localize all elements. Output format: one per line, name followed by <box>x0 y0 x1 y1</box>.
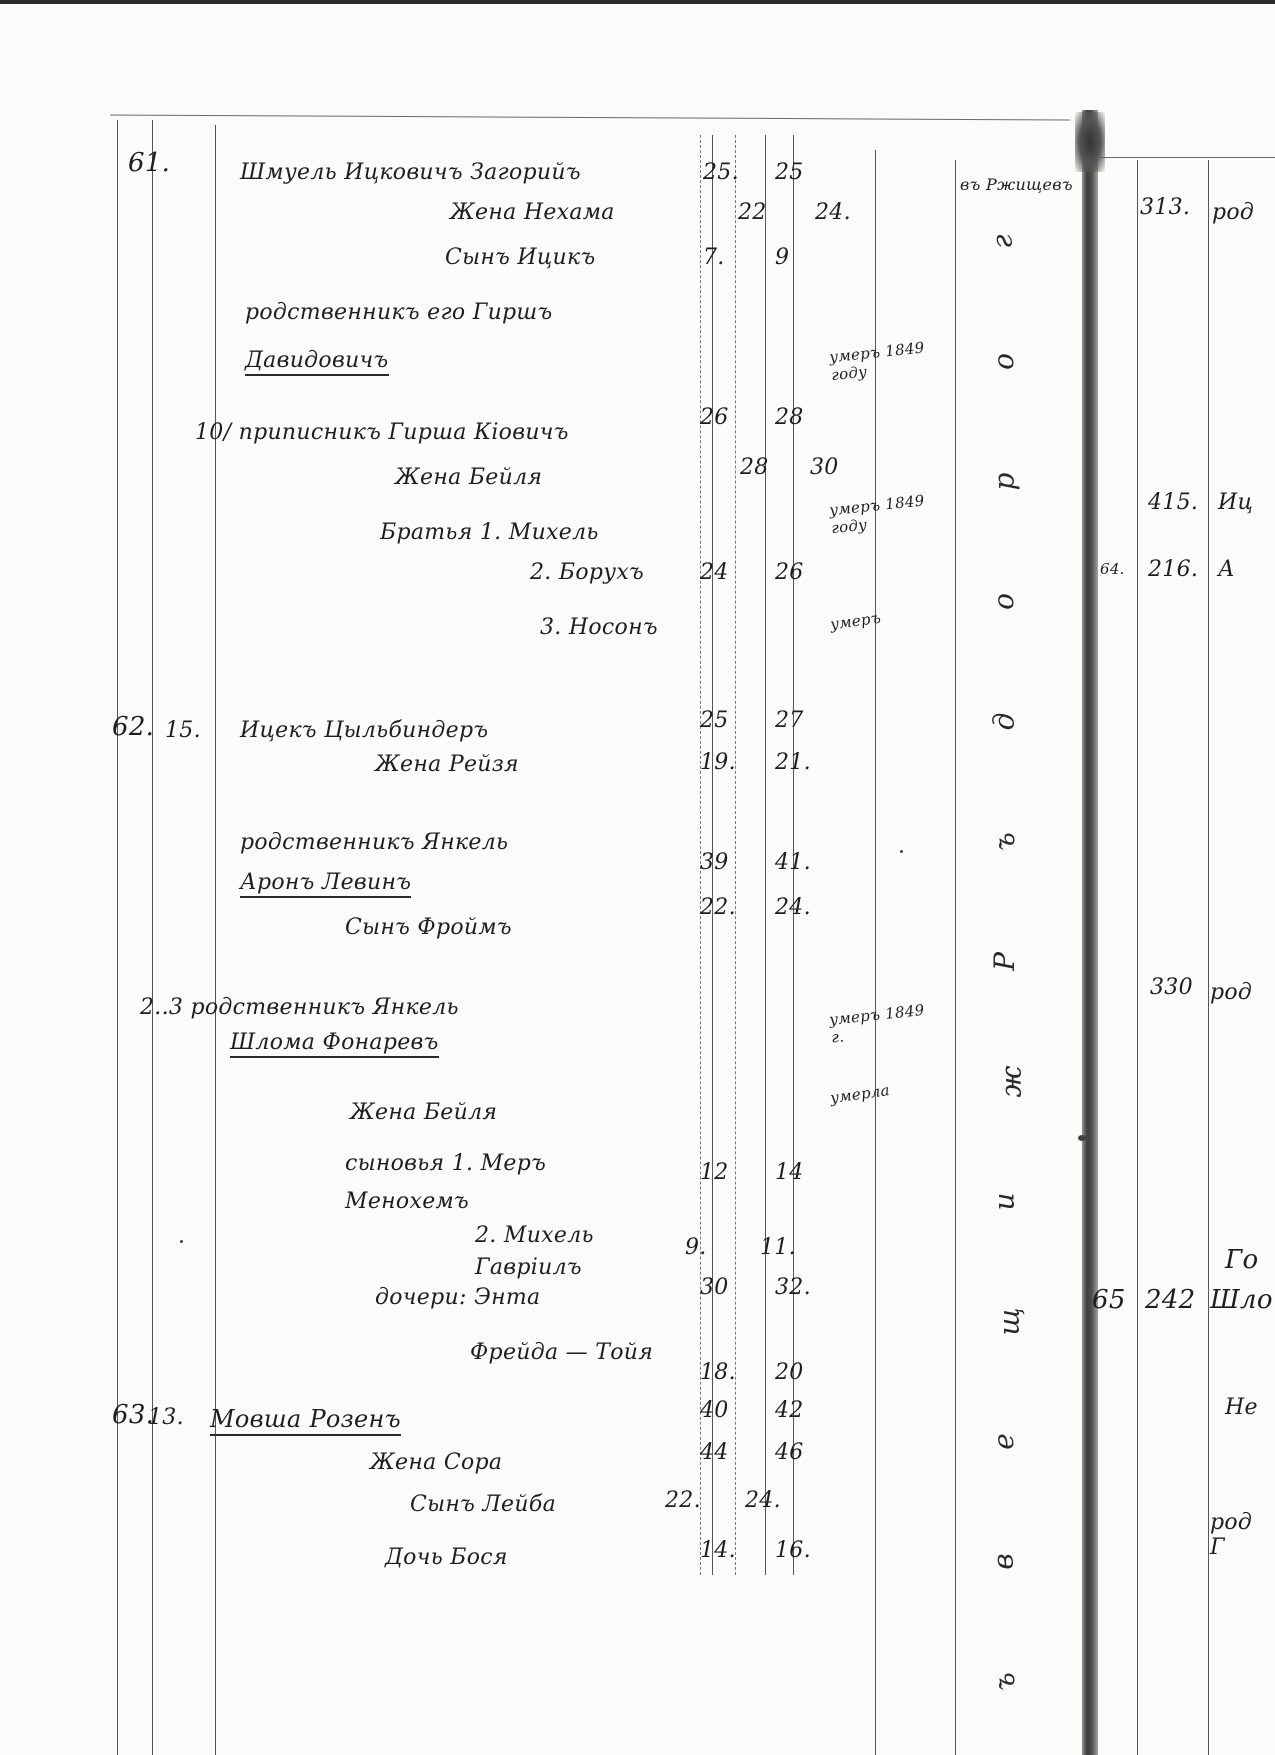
margin-letter: р <box>987 473 1020 491</box>
column-rule <box>875 150 876 1755</box>
margin-letter: и <box>988 1192 1021 1210</box>
age-1847: 46 <box>775 1440 804 1465</box>
age-1847: 41. <box>775 850 811 875</box>
death-note: умеръ 1849 г. <box>828 999 941 1046</box>
right-page-text: А <box>1218 557 1235 582</box>
column-rule <box>735 135 737 1575</box>
right-page-number: 313. <box>1140 195 1190 220</box>
entry-line: родственникъ Янкель <box>240 830 508 855</box>
age-1847: 42 <box>775 1398 804 1423</box>
column-rule <box>152 120 153 1755</box>
margin-letter: в <box>987 1553 1020 1569</box>
entry-line: 3. Носонъ <box>540 615 658 640</box>
entry-line: 2..3 родственникъ Янкель <box>140 995 459 1020</box>
age-1845: 28 <box>740 455 769 480</box>
margin-letter: д <box>987 713 1020 731</box>
age-1845: 26 <box>700 405 729 430</box>
margin-letter: о <box>987 353 1020 370</box>
column-rule <box>1137 160 1138 1755</box>
book-gutter-shadow <box>1075 112 1105 172</box>
right-page-text: Не <box>1225 1395 1258 1420</box>
right-page-text: Иц <box>1218 490 1253 515</box>
right-page-number: 242 <box>1145 1285 1196 1315</box>
entry-line: Сынъ Лейба <box>410 1492 556 1517</box>
scan-speck <box>180 1240 183 1243</box>
death-note: умеръ 1849 году <box>828 489 951 537</box>
entry-line: Жена Бейля <box>395 465 542 490</box>
age-1845: 9. <box>685 1235 707 1260</box>
entry-line: Ицекъ Цыльбиндеръ <box>240 718 488 743</box>
age-1847: 14 <box>775 1160 804 1185</box>
household-number: 61. <box>128 148 170 178</box>
entry-line: Давидовичъ <box>245 348 389 376</box>
entry-line: 2. Борухъ <box>530 560 644 585</box>
age-1845: 25. <box>703 160 739 185</box>
age-1845: 25 <box>700 708 729 733</box>
entry-line: Шлома Фонаревъ <box>230 1030 439 1058</box>
column-rule <box>1208 160 1209 1755</box>
entry-line: дочери: Энта <box>375 1285 540 1310</box>
right-page-text: род <box>1212 200 1254 225</box>
age-1847: 21. <box>775 750 811 775</box>
entry-remark: въ Ржищевъ <box>960 175 1073 194</box>
age-1847: 11. <box>760 1235 796 1260</box>
margin-letter: щ <box>993 1307 1026 1335</box>
age-1845: 19. <box>700 750 736 775</box>
entry-line: Дочь Бося <box>385 1545 508 1570</box>
entry-line: Сынъ Ицикъ <box>445 245 595 270</box>
right-page-text: Шло <box>1210 1285 1273 1315</box>
scan-speck <box>900 850 903 853</box>
entry-line: Жена Бейля <box>350 1100 497 1125</box>
entry-line: родственникъ его Гиршъ <box>245 300 553 325</box>
column-rule <box>955 160 956 1755</box>
entry-line: Аронъ Левинъ <box>240 870 411 898</box>
right-page-number: 330 <box>1150 975 1193 1000</box>
age-1845: 22. <box>700 895 736 920</box>
sub-number: 13. <box>148 1405 184 1430</box>
header-rule <box>110 114 1070 120</box>
age-1845: 30 <box>700 1275 729 1300</box>
entry-line: Сынъ Фроймъ <box>345 915 512 940</box>
death-note: умерла <box>829 1081 891 1107</box>
entry-line: 10/ приписникъ Гирша Кіовичъ <box>195 420 569 445</box>
age-1845: 24 <box>700 560 729 585</box>
entry-line: сыновья 1. Меръ Менохемъ <box>345 1145 675 1221</box>
entry-line: Жена Нехама <box>450 200 615 225</box>
entry-line: Жена Сора <box>370 1450 502 1475</box>
header-rule-right <box>1100 157 1275 158</box>
age-1847: 24. <box>815 200 851 225</box>
age-1845: 40 <box>700 1398 729 1423</box>
age-1847: 20 <box>775 1360 804 1385</box>
age-1847: 32. <box>775 1275 811 1300</box>
age-1847: 16. <box>775 1538 811 1563</box>
margin-letter: о <box>987 593 1020 610</box>
age-1845: 7. <box>703 245 725 270</box>
age-1845: 12 <box>700 1160 729 1185</box>
death-note: умеръ 1849 году <box>828 336 951 384</box>
entry-line: Шмуель Ицковичъ Загорийъ <box>240 160 581 185</box>
entry-line: Братья 1. Михель <box>380 520 599 545</box>
age-1845: 14. <box>700 1538 736 1563</box>
right-household-number: 64. <box>1100 560 1125 578</box>
age-1847: 27 <box>775 708 804 733</box>
census-register-page: 61. Шмуель Ицковичъ Загорийъ 25. 25 Жена… <box>0 0 1275 1755</box>
margin-letter: ж <box>994 1066 1027 1098</box>
age-1847: 24. <box>745 1488 781 1513</box>
scan-speck <box>1078 1135 1086 1141</box>
age-1847: 24. <box>775 895 811 920</box>
age-1845: 22 <box>738 200 767 225</box>
margin-letter: ъ <box>988 1672 1021 1691</box>
column-rule <box>117 120 118 1755</box>
entry-line: 2. Михель Гавріилъ <box>475 1220 675 1284</box>
margin-letter: е <box>987 1433 1020 1450</box>
right-page-number: 415. <box>1148 490 1198 515</box>
margin-letter: ъ <box>988 832 1021 851</box>
right-page-text: род <box>1210 980 1252 1005</box>
column-rule <box>215 125 216 1755</box>
age-1845: 39 <box>700 850 729 875</box>
margin-letter: Р <box>988 952 1021 971</box>
column-rule <box>765 135 766 1575</box>
right-page-text: род Г <box>1210 1510 1270 1560</box>
right-household-number: 65 <box>1092 1285 1126 1315</box>
entry-line: Жена Рейзя <box>375 752 519 777</box>
right-page-number: 216. <box>1148 557 1198 582</box>
book-gutter <box>1082 110 1098 1755</box>
margin-letter: г <box>986 234 1019 248</box>
age-1847: 25 <box>775 160 804 185</box>
age-1845: 18. <box>700 1360 736 1385</box>
entry-line: Фрейда — Тойя <box>470 1340 653 1365</box>
age-1847: 26 <box>775 560 804 585</box>
entry-line: Мовша Розенъ <box>210 1405 401 1436</box>
age-1845: 22. <box>665 1488 701 1513</box>
age-1847: 30 <box>810 455 839 480</box>
age-1847: 28 <box>775 405 804 430</box>
household-number: 62. <box>112 712 154 742</box>
sub-number: 15. <box>165 718 201 743</box>
age-1847: 9 <box>775 245 789 270</box>
age-1845: 44 <box>700 1440 729 1465</box>
right-page-text: Го <box>1225 1245 1258 1275</box>
